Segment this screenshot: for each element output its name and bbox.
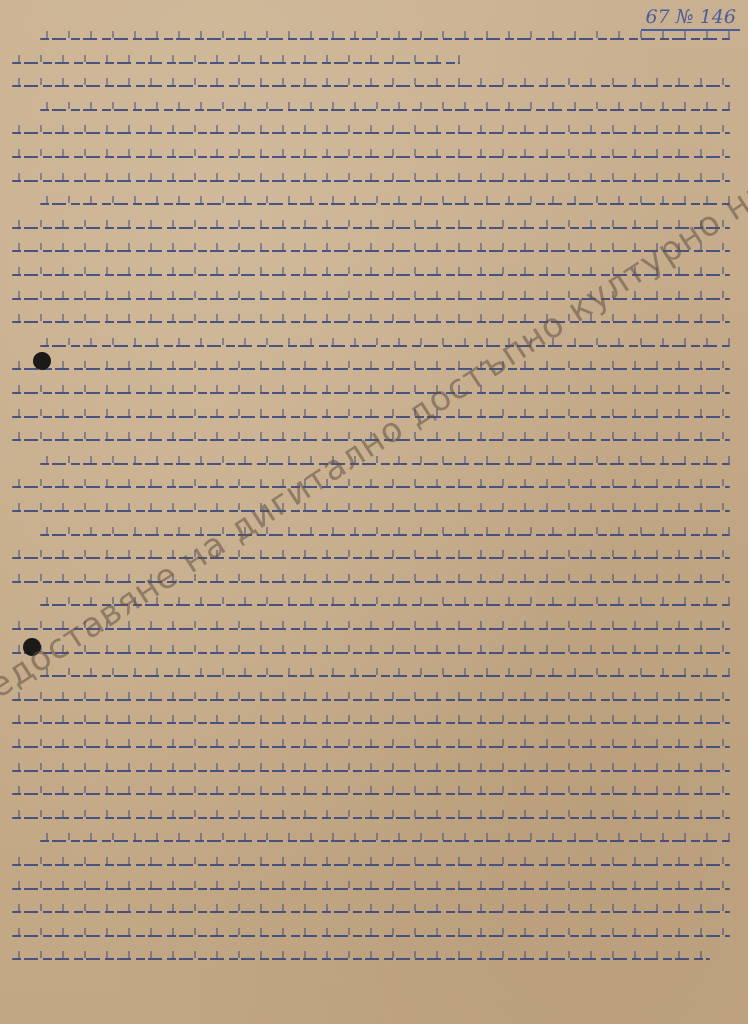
handwritten-line [12,156,730,158]
handwritten-line [12,911,730,913]
handwritten-line [12,416,730,418]
handwritten-line [40,345,730,347]
handwritten-line [12,227,730,229]
handwritten-line [12,180,730,182]
handwritten-line [12,392,730,394]
handwritten-line [12,864,730,866]
handwritten-line [12,486,730,488]
handwritten-line [12,888,730,890]
handwritten-line [12,557,730,559]
handwritten-line [40,38,730,40]
handwritten-line [40,463,730,465]
handwritten-line [12,321,730,323]
handwritten-line [12,85,730,87]
handwritten-line [12,746,730,748]
punch-hole [33,352,51,370]
handwritten-line [12,62,460,64]
handwritten-line [12,510,730,512]
handwritten-line [40,109,730,111]
handwritten-line [40,675,730,677]
manuscript-page: 67 № 146 Предоставяне на дигитално достъ… [0,0,748,1024]
handwritten-line [12,958,710,960]
handwritten-line [12,817,730,819]
handwritten-line [12,722,730,724]
handwritten-line [12,935,730,937]
handwritten-line [12,770,730,772]
handwritten-line [12,132,730,134]
archive-reference: 67 № 146 [641,6,740,31]
handwritten-line [12,368,730,370]
handwritten-line [40,203,730,205]
handwritten-line [12,652,730,654]
handwritten-line [12,250,730,252]
handwritten-line [12,699,730,701]
handwritten-line [40,840,730,842]
handwritten-line [40,534,730,536]
handwritten-line [12,793,730,795]
